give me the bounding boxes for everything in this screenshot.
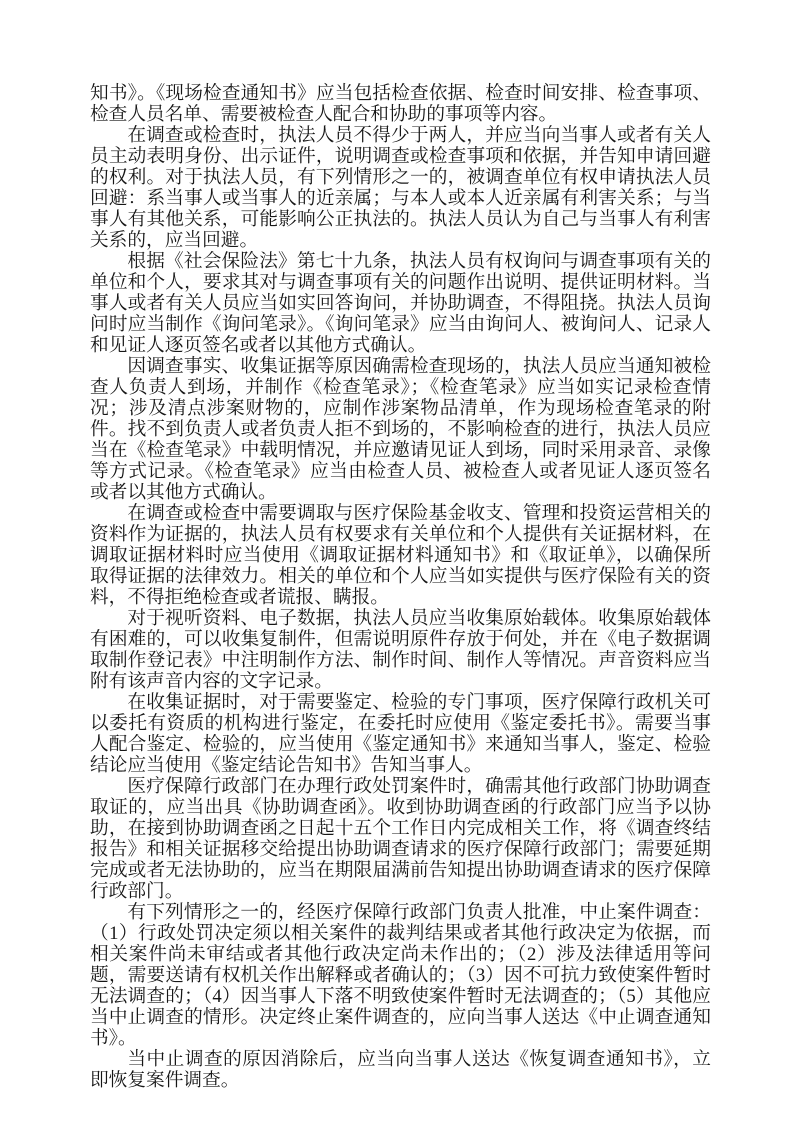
paragraph-assistance-investigation: 医疗保障行政部门在办理行政处罚案件时，确需其他行政部门协助调查取证的，应当出具《… <box>90 776 711 902</box>
paragraph-investigation-avoidance: 在调查或检查时，执法人员不得少于两人，并应当向当事人或者有关人员主动表明身份、出… <box>90 125 711 251</box>
paragraph-inquiry-record: 根据《社会保险法》第七十九条，执法人员有权询问与调查事项有关的单位和个人，要求其… <box>90 251 711 356</box>
paragraph-suspension-conditions: 有下列情形之一的，经医疗保障行政部门负责人批准，中止案件调查：（1）行政处罚决定… <box>90 902 711 1049</box>
paragraph-audiovisual-electronic-data: 对于视听资料、电子数据，执法人员应当收集原始载体。收集原始载体有困难的，可以收集… <box>90 608 711 692</box>
paragraph-appraisal: 在收集证据时，对于需要鉴定、检验的专门事项，医疗保障行政机关可以委托有资质的机构… <box>90 692 711 776</box>
paragraph-evidence-retrieval: 在调查或检查中需要调取与医疗保险基金收支、管理和投资运营相关的资料作为证据的，执… <box>90 503 711 608</box>
paragraph-site-inspection-record: 因调查事实、收集证据等原因确需检查现场的，执法人员应当通知被检查人负责人到场，并… <box>90 356 711 503</box>
paragraph-resume-investigation: 当中止调查的原因消除后，应当向当事人送达《恢复调查通知书》，立即恢复案件调查。 <box>90 1049 711 1091</box>
document-page: 知书》。《现场检查通知书》应当包括检查依据、检查时间安排、检查事项、检查人员名单… <box>0 0 793 1122</box>
document-body: 知书》。《现场检查通知书》应当包括检查依据、检查时间安排、检查事项、检查人员名单… <box>90 83 711 1091</box>
paragraph-continuation: 知书》。《现场检查通知书》应当包括检查依据、检查时间安排、检查事项、检查人员名单… <box>90 83 711 125</box>
